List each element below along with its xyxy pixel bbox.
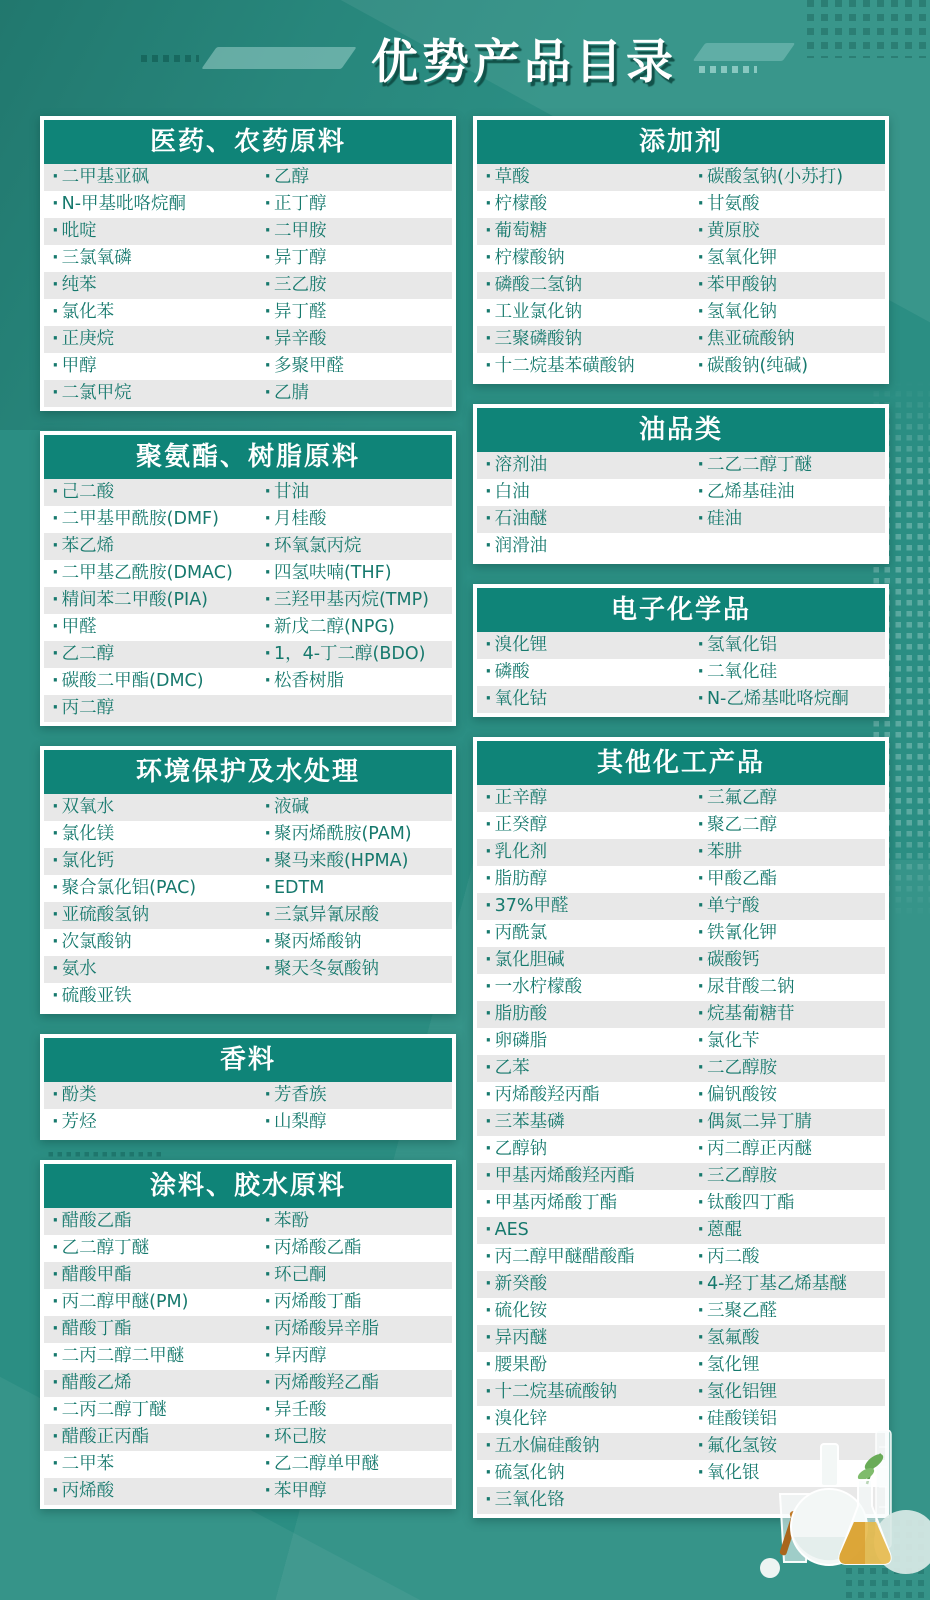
bullet-icon: ·: [485, 1082, 492, 1109]
bullet-icon: ·: [264, 1397, 271, 1424]
product-name: 山梨醇: [274, 1112, 327, 1132]
product-row: ·二丙二醇丁醚·异壬酸: [44, 1397, 452, 1424]
product-cell: ·纯苯: [44, 272, 264, 299]
product-row: ·石油醚·硅油: [477, 506, 885, 533]
product-cell: ·三氧化铬: [477, 1487, 697, 1514]
product-cell: ·二乙二醇丁醚: [697, 452, 885, 479]
bullet-icon: ·: [485, 1136, 492, 1163]
product-name: 苯肼: [707, 842, 742, 862]
product-cell: ·磷酸二氢钠: [477, 272, 697, 299]
product-name: 碳酸钠(纯碱): [707, 356, 808, 376]
product-cell: ·脂肪醇: [477, 866, 697, 893]
section-panel: 环境保护及水处理·双氧水·液碱·氯化镁·聚丙烯酰胺(PAM)·氯化钙·聚马来酸(…: [40, 746, 456, 1014]
product-name: 新戊二醇(NPG): [274, 617, 395, 637]
product-name: 氢氧化铝: [707, 635, 777, 655]
bullet-icon: ·: [52, 794, 59, 821]
bullet-icon: ·: [697, 947, 704, 974]
product-name: 苯乙烯: [62, 536, 115, 556]
product-cell: ·液碱: [264, 794, 452, 821]
bullet-icon: ·: [52, 1109, 59, 1136]
product-cell: ·正丁醇: [264, 191, 452, 218]
product-cell: ·甘氨酸: [697, 191, 885, 218]
catalog-poster: 优势产品目录 医药、农药原料·二甲基亚砜·乙醇·N-甲基吡咯烷酮·正丁醇·吡啶·…: [0, 0, 930, 1600]
product-row: ·丙二醇甲醚醋酸酯·丙二酸: [477, 1244, 885, 1271]
product-row: ·十二烷基苯磺酸钠·碳酸钠(纯碱): [477, 353, 885, 380]
bullet-icon: ·: [485, 164, 492, 191]
bullet-icon: ·: [264, 299, 271, 326]
product-name: 二乙二醇丁醚: [707, 455, 812, 475]
bullet-icon: ·: [697, 686, 704, 713]
bullet-icon: ·: [485, 659, 492, 686]
product-name: 三聚磷酸钠: [495, 329, 583, 349]
bullet-icon: ·: [264, 1478, 271, 1505]
product-cell: ·丙烯酸羟丙酯: [477, 1082, 697, 1109]
product-name: 尿苷酸二钠: [707, 977, 795, 997]
product-row: ·氯化镁·聚丙烯酰胺(PAM): [44, 821, 452, 848]
product-cell: ·乙醇钠: [477, 1136, 697, 1163]
bullet-icon: ·: [697, 1325, 704, 1352]
product-cell: ·偶氮二异丁腈: [697, 1109, 885, 1136]
bullet-icon: ·: [697, 1055, 704, 1082]
product-name: 三羟甲基丙烷(TMP): [274, 590, 429, 610]
product-row: ·二甲苯·乙二醇单甲醚: [44, 1451, 452, 1478]
product-cell: ·新癸酸: [477, 1271, 697, 1298]
product-name: 甲醇: [62, 356, 97, 376]
product-row: ·氯化胆碱·碳酸钙: [477, 947, 885, 974]
bullet-icon: ·: [264, 848, 271, 875]
bullet-icon: ·: [52, 533, 59, 560]
product-cell: ·双氧水: [44, 794, 264, 821]
bullet-icon: ·: [697, 506, 704, 533]
bullet-icon: ·: [264, 1262, 271, 1289]
product-cell: ·溶剂油: [477, 452, 697, 479]
product-name: N-甲基吡咯烷酮: [62, 194, 186, 214]
product-cell: ·二丙二醇丁醚: [44, 1397, 264, 1424]
right-column: 添加剂·草酸·碳酸氢钠(小苏打)·柠檬酸·甘氨酸·葡萄糖·黄原胶·柠檬酸钠·氢氧…: [473, 116, 889, 1538]
bullet-icon: ·: [264, 902, 271, 929]
product-name: 氯化镁: [62, 824, 115, 844]
product-cell: ·二甲苯: [44, 1451, 264, 1478]
product-row: ·一水柠檬酸·尿苷酸二钠: [477, 974, 885, 1001]
product-cell: ·润滑油: [477, 533, 697, 560]
product-name: 偏钒酸铵: [707, 1085, 777, 1105]
product-row: ·次氯酸钠·聚丙烯酸钠: [44, 929, 452, 956]
bullet-icon: ·: [697, 353, 704, 380]
bullet-icon: ·: [485, 299, 492, 326]
product-name: 丙烯酸羟乙酯: [274, 1373, 379, 1393]
left-column: 医药、农药原料·二甲基亚砜·乙醇·N-甲基吡咯烷酮·正丁醇·吡啶·二甲胺·三氯氧…: [40, 116, 456, 1538]
product-name: 丙二醇正丙醚: [707, 1139, 812, 1159]
product-name: 溶剂油: [495, 455, 548, 475]
product-cell: ·卵磷脂: [477, 1028, 697, 1055]
section-body: ·醋酸乙酯·苯酚·乙二醇丁醚·丙烯酸乙酯·醋酸甲酯·环己酮·丙二醇甲醚(PM)·…: [44, 1208, 452, 1505]
product-name: 丙烯酸: [62, 1481, 115, 1501]
product-name: 二甲基乙酰胺(DMAC): [62, 563, 233, 583]
product-cell: ·柠檬酸钠: [477, 245, 697, 272]
product-cell: ·一水柠檬酸: [477, 974, 697, 1001]
product-cell: ·丙烯酸丁酯: [264, 1289, 452, 1316]
product-cell: ·环己胺: [264, 1424, 452, 1451]
bullet-icon: ·: [485, 506, 492, 533]
product-cell: ·溴化锂: [477, 632, 697, 659]
bullet-icon: ·: [52, 1478, 59, 1505]
bullet-icon: ·: [264, 1451, 271, 1478]
bullet-icon: ·: [697, 839, 704, 866]
product-name: 丙烯酸异辛脂: [274, 1319, 379, 1339]
product-cell: ·三聚乙醛: [697, 1298, 885, 1325]
product-name: 纯苯: [62, 275, 97, 295]
product-cell: ·氧化钴: [477, 686, 697, 713]
bullet-icon: ·: [485, 1163, 492, 1190]
bullet-icon: ·: [264, 1424, 271, 1451]
bullet-icon: ·: [264, 794, 271, 821]
bullet-icon: ·: [264, 479, 271, 506]
bullet-icon: ·: [52, 695, 59, 722]
section-title: 油品类: [477, 408, 885, 452]
product-cell: ·1，4-丁二醇(BDO): [264, 641, 452, 668]
product-cell: ·聚合氯化铝(PAC): [44, 875, 264, 902]
product-cell: ·白油: [477, 479, 697, 506]
product-cell: ·氯化苯: [44, 299, 264, 326]
product-cell: ·氢化铝锂: [697, 1379, 885, 1406]
product-name: 乙烯基硅油: [707, 482, 795, 502]
section-body: ·双氧水·液碱·氯化镁·聚丙烯酰胺(PAM)·氯化钙·聚马来酸(HPMA)·聚合…: [44, 794, 452, 1010]
product-cell: ·醋酸正丙酯: [44, 1424, 264, 1451]
product-name: 醋酸乙烯: [62, 1373, 132, 1393]
product-row: ·芳烃·山梨醇: [44, 1109, 452, 1136]
bullet-icon: ·: [52, 272, 59, 299]
product-row: ·脂肪醇·甲酸乙酯: [477, 866, 885, 893]
bullet-icon: ·: [485, 1217, 492, 1244]
product-name: 氢化铝锂: [707, 1382, 777, 1402]
product-name: 烷基葡糖苷: [707, 1004, 795, 1024]
section-title: 聚氨酯、树脂原料: [44, 435, 452, 479]
product-row: ·丙二醇: [44, 695, 452, 722]
bullet-icon: ·: [485, 1460, 492, 1487]
product-cell: ·醋酸乙烯: [44, 1370, 264, 1397]
product-name: 石油醚: [495, 509, 548, 529]
section-panel: 添加剂·草酸·碳酸氢钠(小苏打)·柠檬酸·甘氨酸·葡萄糖·黄原胶·柠檬酸钠·氢氧…: [473, 116, 889, 384]
bullet-icon: ·: [697, 1082, 704, 1109]
product-name: 三乙醇胺: [707, 1166, 777, 1186]
product-name: 碳酸钙: [707, 950, 760, 970]
product-name: 乙醇: [274, 167, 309, 187]
product-row: ·氯化苯·异丁醛: [44, 299, 452, 326]
bullet-icon: ·: [697, 191, 704, 218]
product-name: 环氧氯丙烷: [274, 536, 362, 556]
product-cell: ·异丁醛: [264, 299, 452, 326]
bullet-icon: ·: [697, 1271, 704, 1298]
product-name: 乙二醇单甲醚: [274, 1454, 379, 1474]
product-name: 铁氰化钾: [707, 923, 777, 943]
product-row: ·乙醇钠·丙二醇正丙醚: [477, 1136, 885, 1163]
product-cell: ·乙醇: [264, 164, 452, 191]
section-title: 添加剂: [477, 120, 885, 164]
product-name: 苯酚: [274, 1211, 309, 1231]
bullet-icon: ·: [485, 1028, 492, 1055]
bullet-icon: ·: [264, 1370, 271, 1397]
product-cell: ·三乙胺: [264, 272, 452, 299]
product-row: ·三苯基磷·偶氮二异丁腈: [477, 1109, 885, 1136]
section-title: 其他化工产品: [477, 741, 885, 785]
product-name: 氧化钴: [495, 689, 548, 709]
product-name: 醋酸正丙酯: [62, 1427, 150, 1447]
product-name: 丙烯酸丁酯: [274, 1292, 362, 1312]
bullet-icon: ·: [52, 1343, 59, 1370]
product-cell: ·醋酸乙酯: [44, 1208, 264, 1235]
bullet-icon: ·: [485, 947, 492, 974]
product-cell: ·偏钒酸铵: [697, 1082, 885, 1109]
product-cell: ·甲醇: [44, 353, 264, 380]
product-cell: ·AES: [477, 1217, 697, 1244]
title-decoration-right: [699, 43, 789, 73]
product-cell: ·四氢呋喃(THF): [264, 560, 452, 587]
product-row: ·溴化锂·氢氧化铝: [477, 632, 885, 659]
product-name: 蒽醌: [707, 1220, 742, 1240]
bullet-icon: ·: [52, 1082, 59, 1109]
product-row: ·己二酸·甘油: [44, 479, 452, 506]
product-cell: ·氯化钙: [44, 848, 264, 875]
product-row: ·柠檬酸钠·氢氧化钾: [477, 245, 885, 272]
product-row: ·工业氯化钠·氢氧化钠: [477, 299, 885, 326]
product-name: 三氧化铬: [495, 1490, 565, 1510]
bullet-icon: ·: [52, 587, 59, 614]
product-name: 润滑油: [495, 536, 548, 556]
catalog-columns: 医药、农药原料·二甲基亚砜·乙醇·N-甲基吡咯烷酮·正丁醇·吡啶·二甲胺·三氯氧…: [40, 116, 889, 1538]
product-row: ·精间苯二甲酸(PIA)·三羟甲基丙烷(TMP): [44, 587, 452, 614]
product-row: ·二甲基乙酰胺(DMAC)·四氢呋喃(THF): [44, 560, 452, 587]
product-cell: ·腰果酚: [477, 1352, 697, 1379]
product-name: 乙二醇: [62, 644, 115, 664]
bullet-icon: ·: [52, 875, 59, 902]
bullet-icon: ·: [485, 785, 492, 812]
product-name: 异壬酸: [274, 1400, 327, 1420]
product-cell: ·乙苯: [477, 1055, 697, 1082]
product-row: ·丙酰氯·铁氰化钾: [477, 920, 885, 947]
product-cell: ·正庚烷: [44, 326, 264, 353]
product-cell: ·三聚磷酸钠: [477, 326, 697, 353]
bullet-icon: ·: [485, 353, 492, 380]
product-name: 磷酸: [495, 662, 530, 682]
product-name: 甘氨酸: [707, 194, 760, 214]
title-decoration-left: [141, 47, 349, 69]
bullet-icon: ·: [697, 1001, 704, 1028]
product-name: 氢氧化钾: [707, 248, 777, 268]
product-cell: ·三氟乙醇: [697, 785, 885, 812]
bullet-icon: ·: [264, 1343, 271, 1370]
product-name: 异辛酸: [274, 329, 327, 349]
bullet-icon: ·: [52, 218, 59, 245]
product-row: ·聚合氯化铝(PAC)·EDTM: [44, 875, 452, 902]
bullet-icon: ·: [264, 380, 271, 407]
bullet-icon: ·: [264, 875, 271, 902]
product-name: EDTM: [274, 878, 324, 898]
product-cell: ·聚乙二醇: [697, 812, 885, 839]
product-cell: ·月桂酸: [264, 506, 452, 533]
product-cell: ·硫酸亚铁: [44, 983, 264, 1010]
product-cell: ·丙烯酸异辛脂: [264, 1316, 452, 1343]
product-cell: ·五水偏硅酸钠: [477, 1433, 697, 1460]
product-row: ·脂肪酸·烷基葡糖苷: [477, 1001, 885, 1028]
product-cell: ·三氯异氰尿酸: [264, 902, 452, 929]
product-name: 十二烷基苯磺酸钠: [495, 356, 635, 376]
product-name: 二甲基甲酰胺(DMF): [62, 509, 219, 529]
bullet-icon: ·: [52, 1235, 59, 1262]
product-name: 正癸醇: [495, 815, 548, 835]
product-cell: ·松香树脂: [264, 668, 452, 695]
product-cell: ·聚天冬氨酸钠: [264, 956, 452, 983]
product-cell: ·硫化铵: [477, 1298, 697, 1325]
product-cell: ·丙二醇: [44, 695, 264, 722]
product-name: 1，4-丁二醇(BDO): [274, 644, 426, 664]
product-name: 磷酸二氢钠: [495, 275, 583, 295]
product-name: 五水偏硅酸钠: [495, 1436, 600, 1456]
product-cell: ·新戊二醇(NPG): [264, 614, 452, 641]
bullet-icon: ·: [697, 479, 704, 506]
product-name: 乙苯: [495, 1058, 530, 1078]
bullet-icon: ·: [264, 1289, 271, 1316]
product-name: 硅油: [707, 509, 742, 529]
product-row: ·二甲基甲酰胺(DMF)·月桂酸: [44, 506, 452, 533]
bullet-icon: ·: [485, 533, 492, 560]
bullet-icon: ·: [697, 866, 704, 893]
bullet-icon: ·: [52, 668, 59, 695]
bullet-icon: ·: [52, 614, 59, 641]
bullet-icon: ·: [485, 1487, 492, 1514]
bullet-icon: ·: [485, 974, 492, 1001]
product-row: ·氯化钙·聚马来酸(HPMA): [44, 848, 452, 875]
product-name: 硫酸亚铁: [62, 986, 132, 1006]
product-row: ·三聚磷酸钠·焦亚硫酸钠: [477, 326, 885, 353]
product-cell: ·十二烷基硫酸钠: [477, 1379, 697, 1406]
section-title: 电子化学品: [477, 588, 885, 632]
product-cell: ·丙二酸: [697, 1244, 885, 1271]
product-cell: ·黄原胶: [697, 218, 885, 245]
product-cell: ·甲酸乙酯: [697, 866, 885, 893]
bullet-icon: ·: [485, 1190, 492, 1217]
product-name: 偶氮二异丁腈: [707, 1112, 812, 1132]
bullet-icon: ·: [485, 839, 492, 866]
product-row: ·AES·蒽醌: [477, 1217, 885, 1244]
product-row: ·草酸·碳酸氢钠(小苏打): [477, 164, 885, 191]
product-cell: ·氯化苄: [697, 1028, 885, 1055]
product-name: 甲基丙烯酸丁酯: [495, 1193, 618, 1213]
product-name: 硫氢化钠: [495, 1463, 565, 1483]
product-cell: ·三氯氧磷: [44, 245, 264, 272]
product-name: 苯甲醇: [274, 1481, 327, 1501]
product-name: 丙酰氯: [495, 923, 548, 943]
product-cell: ·异丙醚: [477, 1325, 697, 1352]
product-row: ·硫酸亚铁: [44, 983, 452, 1010]
product-name: 硫化铵: [495, 1301, 548, 1321]
product-cell: ·乙二醇丁醚: [44, 1235, 264, 1262]
product-cell: ·丙二醇甲醚(PM): [44, 1289, 264, 1316]
product-cell: ·己二酸: [44, 479, 264, 506]
product-name: 溴化锂: [495, 635, 548, 655]
product-name: 精间苯二甲酸(PIA): [62, 590, 208, 610]
bullet-icon: ·: [697, 1190, 704, 1217]
bullet-icon: ·: [697, 218, 704, 245]
product-name: 聚乙二醇: [707, 815, 777, 835]
product-row: ·氨水·聚天冬氨酸钠: [44, 956, 452, 983]
bullet-icon: ·: [52, 326, 59, 353]
product-cell: ·脂肪酸: [477, 1001, 697, 1028]
slash-ornament-icon: [693, 43, 796, 61]
product-cell: ·亚硫酸氢钠: [44, 902, 264, 929]
bullet-icon: ·: [264, 191, 271, 218]
product-name: 三乙胺: [274, 275, 327, 295]
product-name: 丙二酸: [707, 1247, 760, 1267]
product-name: 碳酸二甲酯(DMC): [62, 671, 204, 691]
product-name: N-乙烯基吡咯烷酮: [707, 689, 849, 709]
product-cell: ·硫氢化钠: [477, 1460, 697, 1487]
product-cell: ·工业氯化钠: [477, 299, 697, 326]
bullet-icon: ·: [52, 983, 59, 1010]
product-name: 单宁酸: [707, 896, 760, 916]
bullet-icon: ·: [697, 245, 704, 272]
product-name: 氯化钙: [62, 851, 115, 871]
product-row: ·氧化钴·N-乙烯基吡咯烷酮: [477, 686, 885, 713]
bullet-icon: ·: [52, 560, 59, 587]
product-name: 4-羟丁基乙烯基醚: [707, 1274, 847, 1294]
product-name: 苯甲酸钠: [707, 275, 777, 295]
product-cell: ·精间苯二甲酸(PIA): [44, 587, 264, 614]
product-row: ·二甲基亚砜·乙醇: [44, 164, 452, 191]
product-cell: ·正辛醇: [477, 785, 697, 812]
product-cell: ·异丁醇: [264, 245, 452, 272]
product-name: 新癸酸: [495, 1274, 548, 1294]
product-name: 二甲苯: [62, 1454, 115, 1474]
bullet-icon: ·: [485, 866, 492, 893]
product-cell: ·碳酸二甲酯(DMC): [44, 668, 264, 695]
bullet-icon: ·: [52, 479, 59, 506]
product-cell: ·丙二醇甲醚醋酸酯: [477, 1244, 697, 1271]
product-name: 黄原胶: [707, 221, 760, 241]
product-cell: ·溴化锌: [477, 1406, 697, 1433]
product-cell: ·三苯基磷: [477, 1109, 697, 1136]
product-cell: ·芳香族: [264, 1082, 452, 1109]
product-name: 异丁醛: [274, 302, 327, 322]
product-name: 草酸: [495, 167, 530, 187]
product-row: ·苯乙烯·环氧氯丙烷: [44, 533, 452, 560]
bullet-icon: ·: [264, 533, 271, 560]
product-cell: ·三乙醇胺: [697, 1163, 885, 1190]
section-body: ·草酸·碳酸氢钠(小苏打)·柠檬酸·甘氨酸·葡萄糖·黄原胶·柠檬酸钠·氢氧化钾·…: [477, 164, 885, 380]
product-cell: ·十二烷基苯磺酸钠: [477, 353, 697, 380]
bullet-icon: ·: [697, 974, 704, 1001]
product-cell: ·丙烯酸羟乙酯: [264, 1370, 452, 1397]
product-name: 碳酸氢钠(小苏打): [707, 167, 843, 187]
bullet-icon: ·: [697, 1406, 704, 1433]
product-name: 氯化苄: [707, 1031, 760, 1051]
bullet-icon: ·: [52, 1424, 59, 1451]
product-name: 二丙二醇丁醚: [62, 1400, 167, 1420]
bullet-icon: ·: [485, 812, 492, 839]
bullet-icon: ·: [697, 1217, 704, 1244]
product-row: ·二丙二醇二甲醚·异丙醇: [44, 1343, 452, 1370]
section-title: 香料: [44, 1038, 452, 1082]
product-row: ·磷酸·二氧化硅: [477, 659, 885, 686]
bullet-icon: ·: [485, 326, 492, 353]
bullet-icon: ·: [52, 1316, 59, 1343]
product-cell: ·吡啶: [44, 218, 264, 245]
bullet-icon: ·: [485, 893, 492, 920]
product-cell: ·二乙醇胺: [697, 1055, 885, 1082]
bullet-icon: ·: [697, 1109, 704, 1136]
bullet-icon: ·: [52, 821, 59, 848]
product-name: 白油: [495, 482, 530, 502]
product-cell: ·氢氧化钠: [697, 299, 885, 326]
